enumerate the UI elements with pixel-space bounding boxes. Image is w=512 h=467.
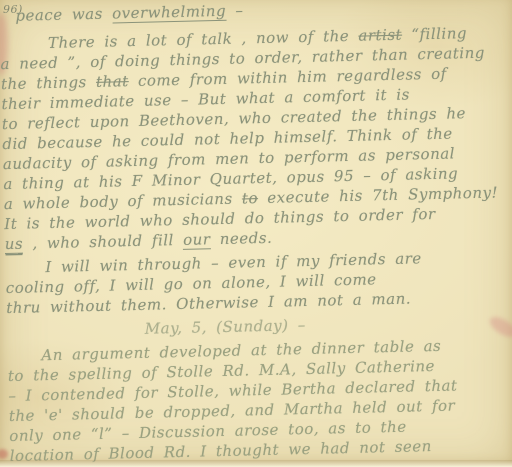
manuscript-page: 96) peace was overwhelming – There is a …: [0, 0, 512, 467]
line-text: the things: [1, 73, 96, 93]
handwritten-text-block: peace was overwhelming – There is a lot …: [0, 0, 510, 466]
struck-word: to: [242, 189, 258, 207]
heading-text: May, 5, (Sunday) –: [145, 316, 306, 338]
line-text: needs.: [210, 229, 272, 248]
underlined-word: overwhelming: [112, 2, 226, 24]
line-text: , who should fill: [23, 231, 183, 253]
struck-word: artist: [358, 26, 402, 45]
struck-word: that: [96, 72, 129, 91]
underlined-word: our: [183, 230, 211, 250]
line-text: “filling: [402, 24, 467, 44]
line-text: peace was: [15, 4, 112, 24]
handwritten-line: peace was overwhelming –: [0, 0, 499, 26]
pink-smudge-left-bottom: [0, 449, 8, 459]
underlined-word: us: [5, 235, 24, 254]
line-text: –: [226, 1, 244, 19]
